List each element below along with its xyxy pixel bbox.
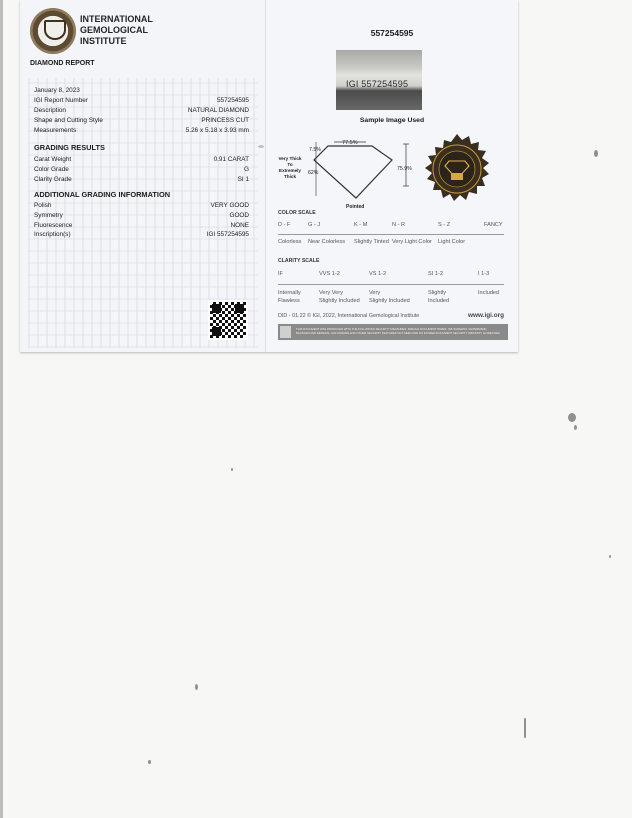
field-color-grade: Color GradeG — [34, 166, 249, 173]
scan-speck — [195, 684, 198, 690]
field-carat-weight: Carat Weight0.91 CARAT — [34, 156, 249, 163]
scan-speck — [258, 145, 264, 148]
culet-label: Pointed — [346, 204, 364, 210]
lock-icon — [280, 326, 291, 338]
igi-logo-icon — [30, 8, 76, 54]
document-title: DIAMOND REPORT — [30, 60, 95, 67]
svg-text:Very Thick: Very Thick — [279, 156, 302, 161]
svg-text:Extremely: Extremely — [279, 168, 301, 173]
organization-name: INTERNATIONAL GEMOLOGICAL INSTITUTE — [80, 14, 153, 47]
left-panel: INTERNATIONAL GEMOLOGICAL INSTITUTE DIAM… — [20, 0, 265, 352]
scan-speck — [524, 718, 526, 738]
field-report-number: IGI Report Number557254595 — [34, 97, 249, 104]
sample-inscription-text: IGI 557254595 — [346, 79, 408, 89]
scan-speck — [594, 150, 598, 157]
clarity-scale-rule — [278, 284, 504, 285]
right-panel: 557254595 IGI 557254595 Sample Image Use… — [266, 0, 518, 352]
field-measurements: Measurements5.26 x 5.18 x 3.93 mm — [34, 127, 249, 134]
qr-code[interactable] — [208, 300, 248, 340]
svg-text:To: To — [287, 162, 292, 167]
field-shape: Shape and Cutting StylePRINCESS CUT — [34, 117, 249, 124]
report-number-header: 557254595 — [266, 28, 518, 38]
field-description: DescriptionNATURAL DIAMOND — [34, 107, 249, 114]
scan-speck — [148, 760, 151, 764]
field-inscription: Inscription(s)IGI 557254595 — [34, 231, 249, 238]
field-clarity-grade: Clarity GradeSI 1 — [34, 176, 249, 183]
security-notice-text: This document was produced with the foll… — [296, 327, 504, 335]
igi-hologram-seal-icon — [421, 133, 493, 205]
diamond-report: INTERNATIONAL GEMOLOGICAL INSTITUTE DIAM… — [20, 0, 518, 352]
additional-info-heading: ADDITIONAL GRADING INFORMATION — [34, 190, 170, 199]
sample-inscription-image: IGI 557254595 — [336, 50, 422, 110]
crown-percent: 7.5% — [309, 147, 321, 153]
proportions-diagram: 77.5% 7.5% Very Thick To Extremely Thick… — [272, 138, 422, 210]
color-scale-rule — [278, 234, 504, 235]
sample-caption: Sample Image Used — [266, 117, 518, 124]
pavilion-percent: 62% — [308, 170, 319, 176]
scan-speck — [609, 555, 611, 558]
grading-results-heading: GRADING RESULTS — [34, 143, 105, 152]
scan-speck — [231, 468, 233, 471]
igi-website-link[interactable]: www.igi.org — [468, 312, 504, 319]
field-symmetry: SymmetryGOOD — [34, 212, 249, 219]
report-date: January 8, 2023 — [34, 87, 249, 94]
scan-speck — [568, 413, 576, 422]
field-fluorescence: FluorescenceNONE — [34, 222, 249, 229]
clarity-scale-heading: CLARITY SCALE — [278, 258, 319, 264]
field-polish: PolishVERY GOOD — [34, 202, 249, 209]
scan-speck — [574, 425, 577, 430]
security-notice-bar: This document was produced with the foll… — [278, 324, 508, 340]
table-percent: 77.5% — [342, 140, 358, 146]
color-scale-heading: COLOR SCALE — [278, 210, 316, 216]
depth-percent: 75.9% — [397, 166, 412, 172]
copyright-line: DID - 01.22 © IGI, 2022, International G… — [278, 313, 419, 319]
scan-edge — [0, 0, 3, 818]
svg-text:Thick: Thick — [284, 174, 296, 179]
